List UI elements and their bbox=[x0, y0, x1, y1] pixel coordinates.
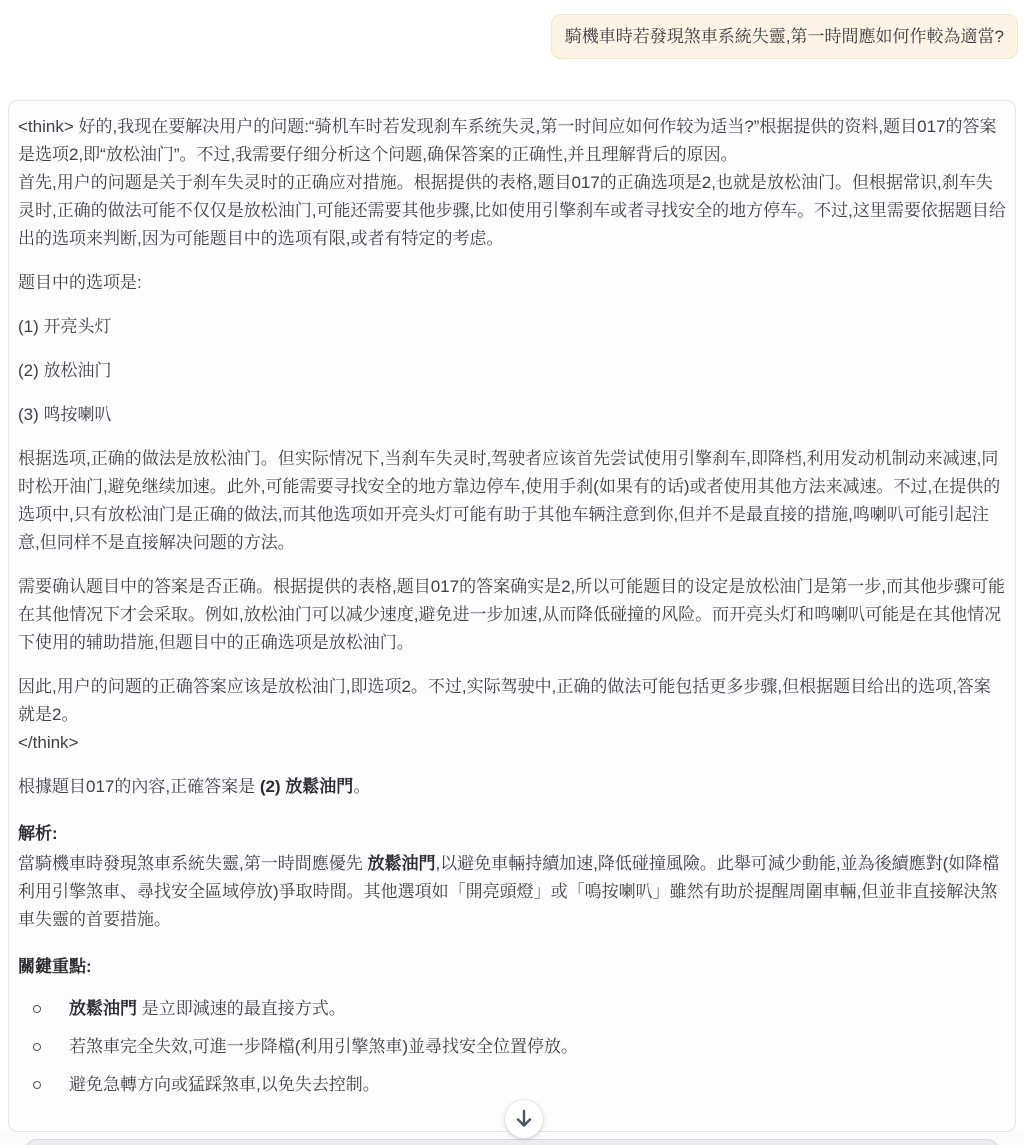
message-input-top-edge[interactable] bbox=[25, 1139, 999, 1145]
keypoints-list: 放鬆油門 是立即減速的最直接方式。 若煞車完全失效,可進一步降檔(利用引擎煞車)… bbox=[18, 995, 1006, 1099]
answer-prefix: 根據題目017的內容,正確答案是 bbox=[18, 777, 260, 796]
think-paragraph-1: <think> 好的,我现在要解决用户的问题:“骑机车时若发现刹车系统失灵,第一… bbox=[18, 113, 1006, 253]
user-message-bubble: 騎機車時若發現煞車系統失靈,第一時間應如何作較為適當? bbox=[551, 14, 1018, 59]
bullet-circle-icon bbox=[33, 1081, 41, 1089]
option-line-2: (2) 放松油门 bbox=[18, 357, 1006, 385]
think-close-tag: </think> bbox=[18, 733, 79, 752]
options-intro: 题目中的选项是: bbox=[18, 269, 1006, 297]
think-paragraph-4: 需要确认题目中的答案是否正确。根据提供的表格,题目017的答案确实是2,所以可能… bbox=[18, 573, 1006, 657]
think-analysis-text: 首先,用户的问题是关于刹车失灵时的正确应对措施。根据提供的表格,题目017的正确… bbox=[18, 173, 1006, 248]
think-open-text: <think> 好的,我现在要解决用户的问题:“骑机车时若发现刹车系统失灵,第一… bbox=[18, 117, 997, 164]
bottom-bar-area bbox=[0, 1133, 1024, 1145]
list-item-text: 放鬆油門 是立即減速的最直接方式。 bbox=[69, 995, 1006, 1023]
answer-bold: (2) 放鬆油門 bbox=[260, 777, 354, 796]
scroll-to-bottom-button[interactable] bbox=[505, 1100, 543, 1138]
bullet-1-rest: 是立即減速的最直接方式。 bbox=[137, 999, 346, 1018]
analysis-prefix: 當騎機車時發現煞車系統失靈,第一時間應優先 bbox=[18, 854, 367, 873]
option-line-1: (1) 开亮头灯 bbox=[18, 313, 1006, 341]
bullet-circle-icon bbox=[33, 1043, 41, 1051]
keypoints-heading: 關鍵重點: bbox=[18, 953, 1006, 981]
answer-line: 根據題目017的內容,正確答案是 (2) 放鬆油門。 bbox=[18, 773, 1006, 801]
list-item: 若煞車完全失效,可進一步降檔(利用引擎煞車)並尋找安全位置停放。 bbox=[18, 1033, 1006, 1061]
user-message-text: 騎機車時若發現煞車系統失靈,第一時間應如何作較為適當? bbox=[565, 27, 1004, 46]
answer-suffix: 。 bbox=[353, 777, 370, 796]
bullet-circle-icon bbox=[33, 1005, 41, 1013]
bullet-1-bold: 放鬆油門 bbox=[69, 999, 137, 1018]
think-paragraph-3: 根据选项,正确的做法是放松油门。但实际情况下,当刹车失灵时,驾驶者应该首先尝试使… bbox=[18, 445, 1006, 557]
option-line-3: (3) 鸣按喇叭 bbox=[18, 401, 1006, 429]
list-item: 放鬆油門 是立即減速的最直接方式。 bbox=[18, 995, 1006, 1023]
assistant-message-card: <think> 好的,我现在要解决用户的问题:“骑机车时若发现刹车系统失灵,第一… bbox=[8, 100, 1016, 1132]
list-item-text: 若煞車完全失效,可進一步降檔(利用引擎煞車)並尋找安全位置停放。 bbox=[69, 1033, 1006, 1061]
down-arrow-icon bbox=[514, 1108, 534, 1130]
think-paragraph-5: 因此,用户的问题的正确答案应该是放松油门,即选项2。不过,实际驾驶中,正确的做法… bbox=[18, 673, 1006, 757]
list-item-text: 避免急轉方向或猛踩煞車,以免失去控制。 bbox=[69, 1071, 1006, 1099]
think-conclusion-text: 因此,用户的问题的正确答案应该是放松油门,即选项2。不过,实际驾驶中,正确的做法… bbox=[18, 677, 991, 724]
analysis-heading: 解析: bbox=[18, 820, 1006, 848]
list-item: 避免急轉方向或猛踩煞車,以免失去控制。 bbox=[18, 1071, 1006, 1099]
analysis-paragraph: 當騎機車時發現煞車系統失靈,第一時間應優先 放鬆油門,以避免車輛持續加速,降低碰… bbox=[18, 850, 1006, 934]
chat-page: 騎機車時若發現煞車系統失靈,第一時間應如何作較為適當? <think> 好的,我… bbox=[0, 0, 1024, 1145]
analysis-bold: 放鬆油門 bbox=[367, 854, 435, 873]
